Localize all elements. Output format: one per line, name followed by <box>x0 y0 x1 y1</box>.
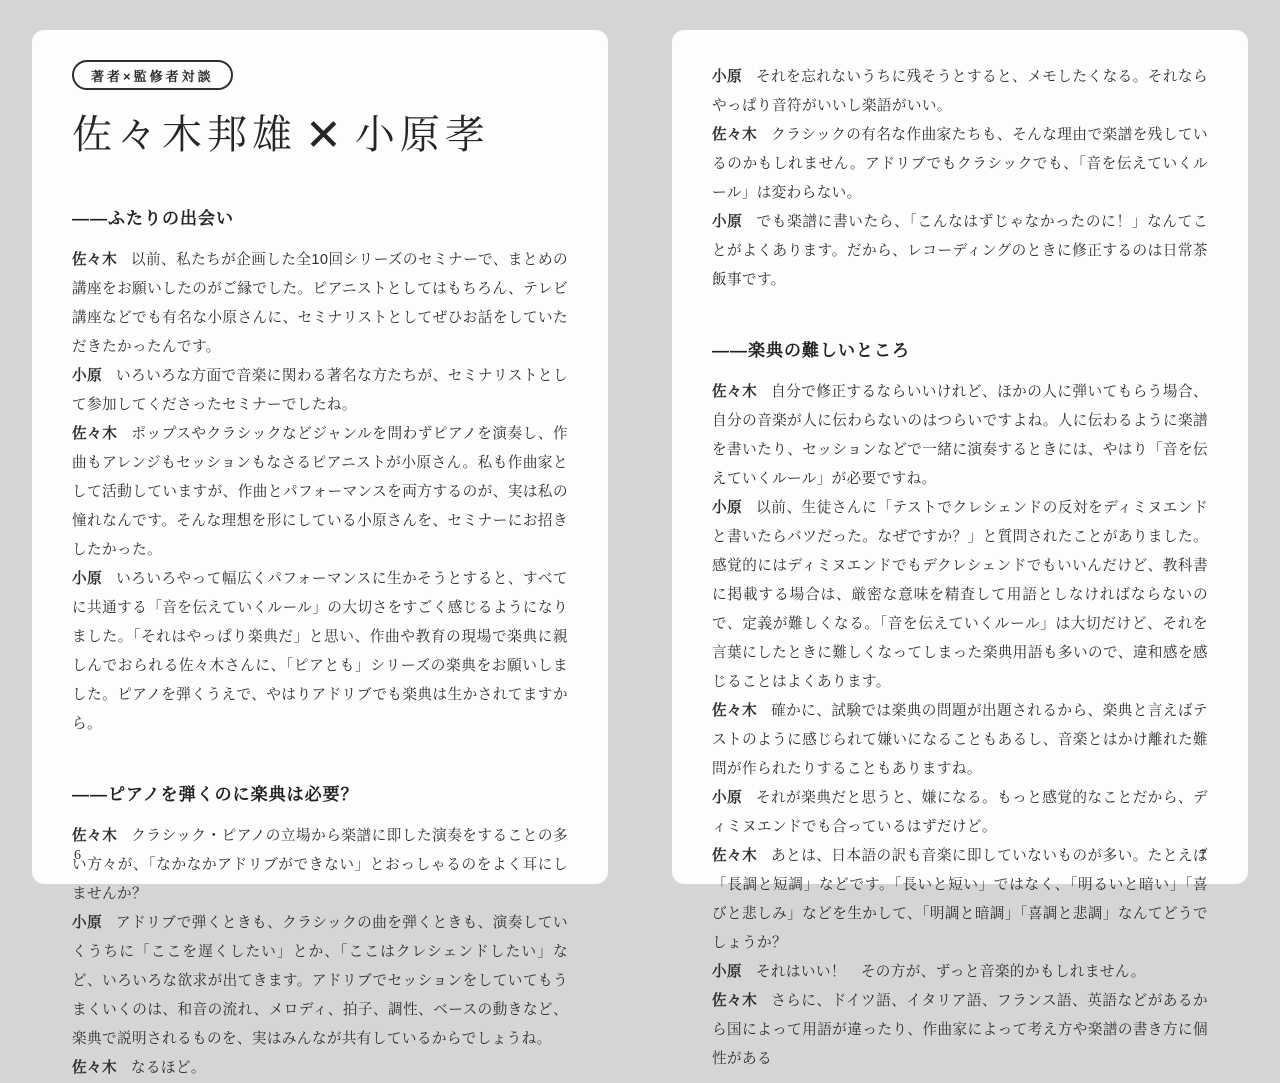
speaker-name: 小原 <box>712 964 742 980</box>
dialogue-turn: 佐々木自分で修正するならいいけれど、ほかの人に弾いてもらう場合、自分の音楽が人に… <box>712 378 1208 494</box>
speech-text: 以前、生徒さんに「テストでクレシェンドの反対をディミヌエンドと書いたらバツだった… <box>712 500 1208 690</box>
speaker-name: 小原 <box>712 500 742 516</box>
speech-text: なるほど。 <box>131 1060 206 1076</box>
right-page-content: 小原それを忘れないうちに残そうとすると、メモしたくなる。それならやっぱり音符がい… <box>712 63 1208 1074</box>
dialogue-turn: 小原以前、生徒さんに「テストでクレシェンドの反対をディミヌエンドと書いたらバツだ… <box>712 494 1208 697</box>
dialogue-turn: 佐々木クラシック・ピアノの立場から楽譜に即した演奏をすることの多い方々が、「なか… <box>72 822 568 909</box>
speaker-name: 小原 <box>72 368 102 384</box>
speech-text: さらに、ドイツ語、イタリア語、フランス語、英語などがあるから国によって用語が違っ… <box>712 993 1208 1067</box>
speech-text: あとは、日本語の訳も音楽に即していないものが多い。たとえば「長調と短調」などです… <box>712 848 1208 951</box>
page-left: 著者×監修者対談 佐々木邦雄✕小原孝 ——ふたりの出会い佐々木以前、私たちが企画… <box>32 30 608 884</box>
speaker-name: 小原 <box>72 915 102 931</box>
speech-text: いろいろやって幅広くパフォーマンスに生かそうとすると、すべてに共通する「音を伝え… <box>72 571 568 732</box>
section-heading: ——楽典の難しいところ <box>712 336 1208 361</box>
page-right: 小原それを忘れないうちに残そうとすると、メモしたくなる。それならやっぱり音符がい… <box>672 30 1248 884</box>
speaker-name: 小原 <box>712 69 742 85</box>
dialogue-badge-label: 著者×監修者対談 <box>91 69 214 84</box>
dialogue-turn: 小原でも楽譜に書いたら、「こんなはずじゃなかったのに！」なんてことがよくあります… <box>712 208 1208 295</box>
speech-text: 自分で修正するならいいけれど、ほかの人に弾いてもらう場合、自分の音楽が人に伝わら… <box>712 384 1208 487</box>
dialogue-turn: 佐々木以前、私たちが企画した全10回シリーズのセミナーで、まとめの講座をお願いし… <box>72 246 568 362</box>
dialogue-turn: 佐々木ポップスやクラシックなどジャンルを問わずピアノを演奏し、作曲もアレンジもセ… <box>72 420 568 565</box>
page-number-right: 7 <box>1199 848 1206 864</box>
section-heading: ——ふたりの出会い <box>72 204 568 229</box>
dialogue-turn: 小原それが楽典だと思うと、嫌になる。もっと感覚的なことだから、ディミヌエンドでも… <box>712 784 1208 842</box>
dialogue-badge: 著者×監修者対談 <box>72 60 233 90</box>
dialogue-turn: 佐々木さらに、ドイツ語、イタリア語、フランス語、英語などがあるから国によって用語… <box>712 987 1208 1074</box>
speech-text: ポップスやクラシックなどジャンルを問わずピアノを演奏し、作曲もアレンジもセッショ… <box>72 426 568 558</box>
speech-text: それが楽典だと思うと、嫌になる。もっと感覚的なことだから、ディミヌエンドでも合っ… <box>712 790 1208 835</box>
speaker-name: 小原 <box>72 571 102 587</box>
speaker-name: 小原 <box>712 790 742 806</box>
speaker-name: 佐々木 <box>712 993 757 1009</box>
title-name-left: 佐々木邦雄 <box>72 113 297 157</box>
speech-text: アドリブで弾くときも、クラシックの曲を弾くときも、演奏していくうちに「ここを遅く… <box>72 915 568 1047</box>
left-page-content: ——ふたりの出会い佐々木以前、私たちが企画した全10回シリーズのセミナーで、まと… <box>72 204 568 1083</box>
x-separator-icon: ✕ <box>305 110 347 161</box>
dialogue-turn: 小原アドリブで弾くときも、クラシックの曲を弾くときも、演奏していくうちに「ここを… <box>72 909 568 1054</box>
section-heading: ——ピアノを弾くのに楽典は必要？ <box>72 780 568 805</box>
dialogue-turn: 小原それを忘れないうちに残そうとすると、メモしたくなる。それならやっぱり音符がい… <box>712 63 1208 121</box>
dialogue-turn: 佐々木なるほど。 <box>72 1054 568 1083</box>
dialogue-turn: 小原いろいろな方面で音楽に関わる著名な方たちが、セミナリストとして参加してくださ… <box>72 362 568 420</box>
speaker-name: 佐々木 <box>72 426 117 442</box>
speech-text: それはいい！ その方が、ずっと音楽的かもしれません。 <box>756 964 1146 980</box>
speech-text: クラシックの有名な作曲家たちも、そんな理由で楽譜を残しているのかもしれません。ア… <box>712 127 1208 201</box>
speaker-name: 佐々木 <box>72 252 117 268</box>
speaker-name: 小原 <box>712 214 743 230</box>
dialogue-turn: 佐々木確かに、試験では楽典の問題が出題されるから、楽典と言えばテストのように感じ… <box>712 697 1208 784</box>
speech-text: いろいろな方面で音楽に関わる著名な方たちが、セミナリストとして参加してくださった… <box>72 368 568 413</box>
dialogue-turn: 佐々木あとは、日本語の訳も音楽に即していないものが多い。たとえば「長調と短調」な… <box>712 842 1208 958</box>
dialogue-turn: 小原それはいい！ その方が、ずっと音楽的かもしれません。 <box>712 958 1208 987</box>
dialogue-turn: 小原いろいろやって幅広くパフォーマンスに生かそうとすると、すべてに共通する「音を… <box>72 565 568 739</box>
page-number-left: 6 <box>74 848 81 864</box>
dialogue-turn: 佐々木クラシックの有名な作曲家たちも、そんな理由で楽譜を残しているのかもしれませ… <box>712 121 1208 208</box>
book-spread: 著者×監修者対談 佐々木邦雄✕小原孝 ——ふたりの出会い佐々木以前、私たちが企画… <box>0 0 1280 916</box>
speaker-name: 佐々木 <box>712 127 757 143</box>
speech-text: 確かに、試験では楽典の問題が出題されるから、楽典と言えばテストのように感じられて… <box>712 703 1208 777</box>
speech-text: でも楽譜に書いたら、「こんなはずじゃなかったのに！」なんてことがよくあります。だ… <box>712 214 1208 288</box>
speech-text: クラシック・ピアノの立場から楽譜に即した演奏をすることの多い方々が、「なかなかア… <box>72 828 568 902</box>
speaker-name: 佐々木 <box>712 384 757 400</box>
speech-text: それを忘れないうちに残そうとすると、メモしたくなる。それならやっぱり音符がいいし… <box>712 69 1208 114</box>
speaker-name: 佐々木 <box>712 848 757 864</box>
page-title: 佐々木邦雄✕小原孝 <box>72 103 568 160</box>
speech-text: 以前、私たちが企画した全10回シリーズのセミナーで、まとめの講座をお願いしたのが… <box>72 252 568 355</box>
speaker-name: 佐々木 <box>72 1060 117 1076</box>
title-name-right: 小原孝 <box>355 113 490 157</box>
speaker-name: 佐々木 <box>712 703 757 719</box>
speaker-name: 佐々木 <box>72 828 117 844</box>
